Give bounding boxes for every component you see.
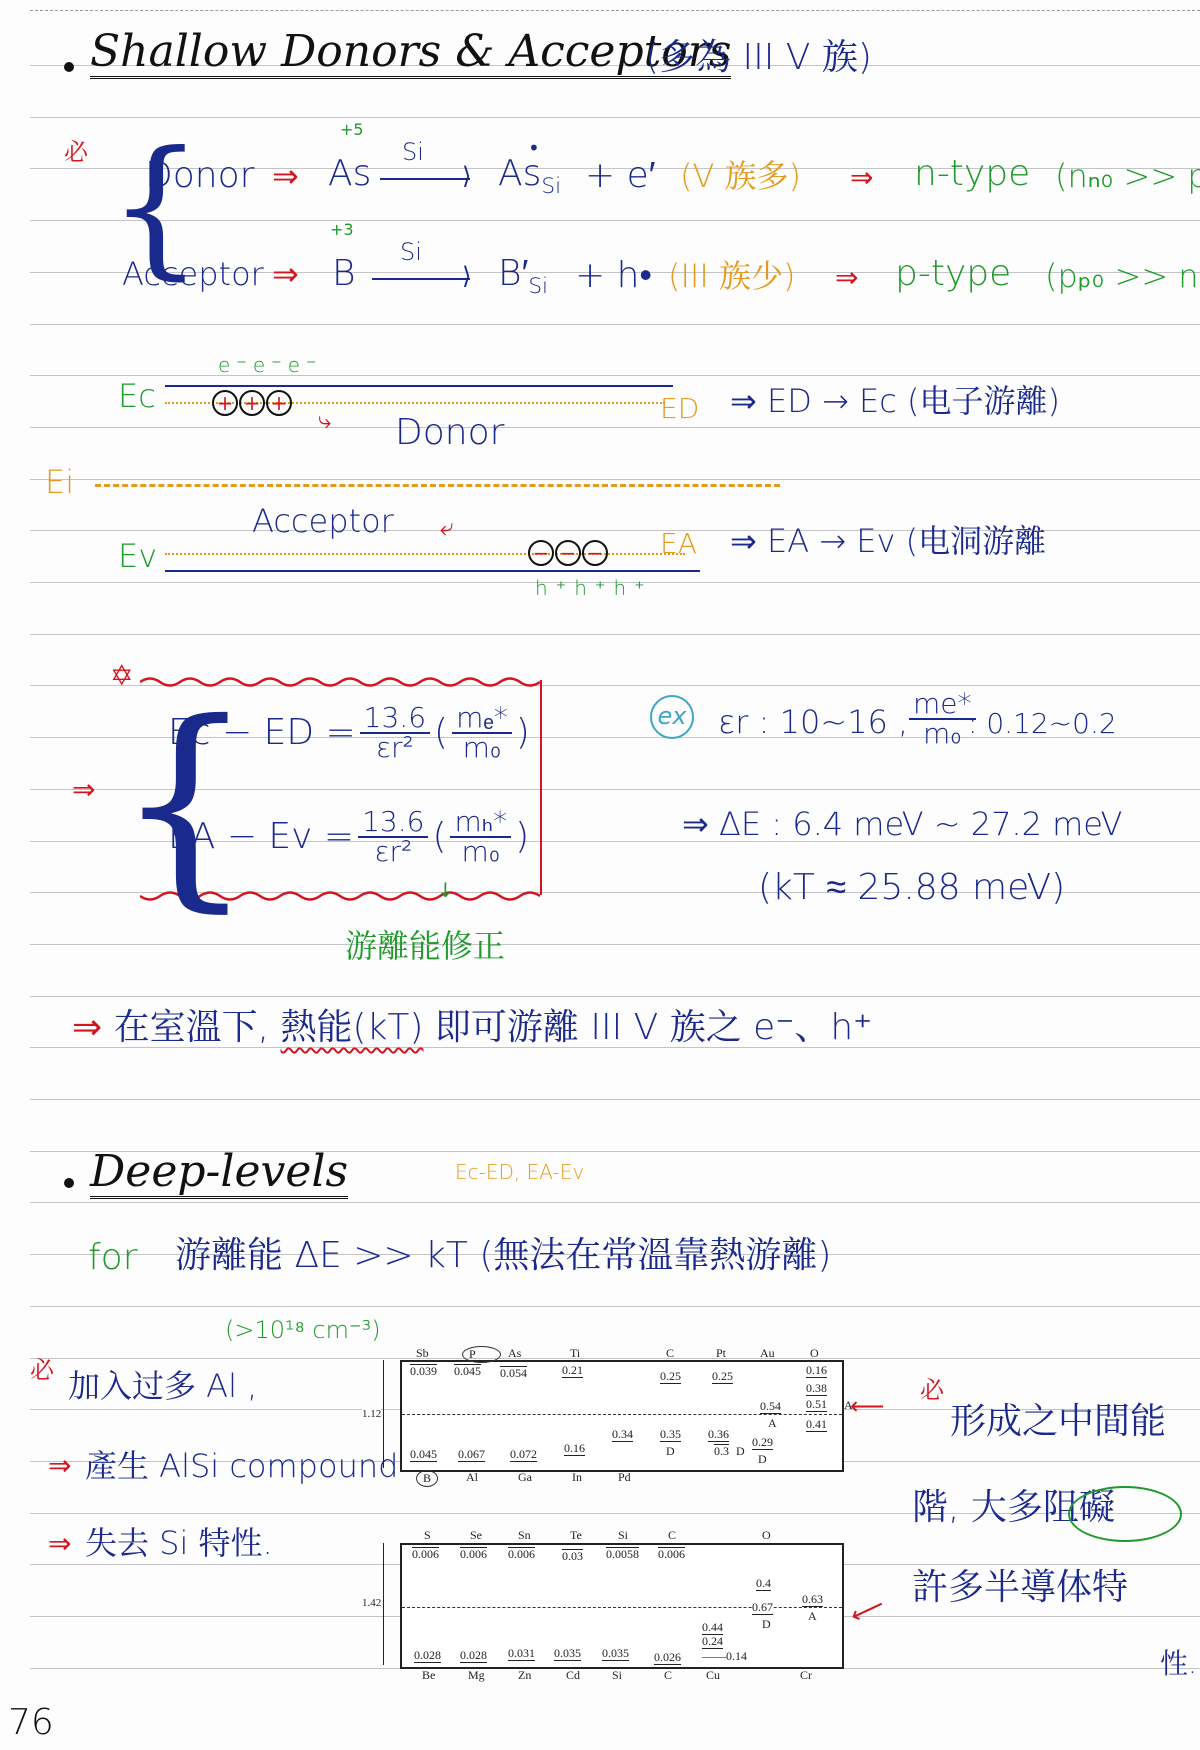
element-label: C — [664, 1668, 672, 1683]
implies-arrow: ⇒ — [72, 1007, 102, 1048]
ruled-line — [30, 1202, 1200, 1203]
intrinsic-level-line — [95, 484, 780, 487]
formula-lhs: Ec − ED = — [168, 715, 356, 751]
donor-electron: + e′ — [585, 158, 656, 194]
important-mark: 必 — [64, 140, 88, 164]
element-label: C — [666, 1346, 674, 1361]
donor-label: Donor — [145, 158, 254, 194]
gaas-figure-box: 0.006 0.006 0.006 0.03 0.0058 0.006 0.4 … — [400, 1543, 844, 1669]
level-value: 0.026 — [654, 1651, 681, 1665]
acceptor-ions: −−− — [528, 540, 609, 566]
al-note-1: 加入过多 Al , — [68, 1370, 257, 1402]
level-value: 0.028 — [414, 1649, 441, 1663]
donor-charge: +5 — [340, 122, 364, 138]
implies-arrow: ⇒ — [48, 1452, 71, 1480]
acceptor-charge: +3 — [330, 222, 354, 238]
product-dot: • — [528, 138, 540, 158]
level-type: D — [666, 1444, 675, 1459]
level-value: 0.0058 — [606, 1547, 639, 1561]
ruled-line — [30, 944, 1200, 945]
section-heading-shallow: Shallow Donors & Acceptors — [90, 30, 731, 79]
element-label: Pd — [618, 1470, 631, 1485]
ruled-line — [30, 220, 1200, 221]
ruled-line — [30, 1306, 1200, 1307]
level-value: 0.29 — [752, 1436, 773, 1450]
reaction-arrowhead-icon: ⟩ — [462, 164, 471, 188]
level-value: 0.054 — [500, 1366, 527, 1380]
level-value: 0.35 — [660, 1428, 681, 1442]
element-label: C — [668, 1528, 676, 1543]
kt-value: (kT ≈ 25.88 meV) — [758, 870, 1065, 906]
ruled-line — [30, 117, 1200, 118]
element-label: Si — [618, 1528, 628, 1543]
implies-arrow: ⇒ — [272, 160, 299, 192]
holes: h⁺h⁺h⁺ — [535, 578, 653, 598]
donor-product: AsSi — [498, 156, 561, 198]
level-value: 0.039 — [410, 1364, 437, 1378]
level-value: 0.24 — [702, 1635, 723, 1649]
conclusion-text: 即可游離 III V 族之 e⁻、h⁺ — [435, 1007, 872, 1048]
level-value: 0.16 — [564, 1442, 585, 1456]
section-heading-deep: Deep-levels — [90, 1150, 348, 1199]
fraction: mₕ*m₀ — [450, 808, 511, 866]
conduction-band-edge — [165, 385, 673, 387]
delta-e-range: ⇒ ΔE : 6.4 meV ~ 27.2 meV — [682, 808, 1122, 840]
deep-note-line-1: 形成之中間能 — [950, 1404, 1166, 1440]
element-label: P — [462, 1346, 501, 1363]
bullet-dot — [64, 1178, 74, 1188]
level-type: D — [762, 1617, 771, 1632]
ec-label: Ec — [118, 380, 156, 412]
donor-diagram-label: Donor — [395, 415, 504, 451]
formula-lhs: EA − Ev = — [168, 819, 354, 855]
acceptor-ion: − — [528, 540, 554, 566]
group-note: (III 族少) — [668, 260, 795, 292]
deep-annotation: Ec-ED, EA-Ev — [455, 1162, 584, 1182]
ev-label: Ev — [118, 540, 157, 572]
acceptor-atom: B — [332, 256, 356, 292]
deep-note-line-4: 性. — [1160, 1650, 1197, 1678]
element-label: B — [416, 1470, 438, 1487]
bandgap-value: 1.12 — [362, 1408, 381, 1420]
fraction: 13.6εr² — [358, 808, 428, 866]
level-value: 0.3 — [714, 1444, 729, 1458]
left-arrow-icon: ⟵ — [850, 1394, 884, 1418]
n-type-label: n-type — [914, 156, 1030, 192]
electrons: e⁻e⁻e⁻ — [218, 355, 323, 375]
element-label: In — [572, 1470, 582, 1485]
al-note-3: 失去 Si 特性. — [85, 1527, 273, 1559]
ei-label: Ei — [45, 466, 74, 498]
result-arrow: ⇒ — [850, 164, 873, 192]
element-label: Si — [612, 1668, 622, 1683]
deep-note-line-3: 許多半導体特 — [912, 1570, 1128, 1606]
conclusion-text: 在室溫下, — [114, 1007, 269, 1048]
reaction-arrowhead-icon: ⟩ — [462, 264, 471, 288]
level-value: 0.045 — [454, 1364, 481, 1378]
level-value: 0.067 — [458, 1448, 485, 1462]
donor-atom: As — [328, 156, 371, 192]
level-value: 0.54 — [760, 1400, 781, 1414]
acceptor-ion: − — [582, 540, 608, 566]
example-badge: ex — [650, 695, 694, 739]
level-value: 0.035 — [602, 1647, 629, 1661]
host-label: Si — [402, 140, 424, 164]
donor-transition: ⇒ ED → Ec (电子游離) — [730, 385, 1060, 417]
level-value: 0.4 — [756, 1577, 771, 1591]
implies-arrow: ⇒ — [72, 776, 95, 804]
box-right-edge — [540, 680, 542, 895]
p-type-label: p-type — [895, 256, 1011, 292]
conclusion-emphasis: 熱能(kT) — [281, 1007, 424, 1048]
level-value: 0.67 — [752, 1601, 773, 1615]
formula-acceptor: EA − Ev = 13.6εr² ( mₕ*m₀ ) — [168, 808, 529, 866]
element-label: Sn — [518, 1528, 531, 1543]
level-value: 0.63 — [802, 1593, 823, 1607]
acceptor-diagram-label: Acceptor — [252, 505, 394, 537]
level-value: 0.028 — [460, 1649, 487, 1663]
mass-range: : 0.12~0.2 — [968, 710, 1117, 738]
n-type-condition: (nₙ₀ >> pₙ₀ — [1055, 160, 1200, 192]
element-label: Cu — [706, 1668, 720, 1683]
p-type-condition: (pₚ₀ >> nₚ₀ — [1045, 260, 1200, 292]
level-value: 0.072 — [510, 1448, 537, 1462]
bandgap-value: 1.42 — [362, 1597, 381, 1609]
donor-ion: + — [212, 390, 238, 416]
reaction-arrow-line — [380, 178, 470, 180]
al-note-2: 產生 AlSi compound — [85, 1450, 398, 1482]
element-label: As — [508, 1346, 521, 1361]
ruled-line — [30, 375, 1200, 376]
element-label: O — [762, 1528, 771, 1543]
level-value: 0.25 — [712, 1370, 733, 1384]
down-arrow-icon: ↓ — [437, 880, 454, 900]
level-value: 0.006 — [658, 1547, 685, 1561]
element-label: Ga — [518, 1470, 532, 1485]
group-note: (V 族多) — [680, 160, 801, 192]
curved-arrow-icon: ⤷ — [318, 408, 331, 432]
donor-ions: +++ — [212, 390, 293, 416]
element-label: Au — [760, 1346, 775, 1361]
element-label: Al — [466, 1470, 478, 1485]
curved-arrow-icon: ⤶ — [440, 515, 453, 539]
bandgap-arrow — [383, 1360, 384, 1468]
donor-ion: + — [239, 390, 265, 416]
ed-label: ED — [660, 395, 699, 423]
for-label: for — [88, 1240, 138, 1276]
level-value: 0.41 — [806, 1418, 827, 1432]
bullet-dot — [64, 62, 74, 72]
level-value: 0.21 — [562, 1364, 583, 1378]
formula-donor: Ec − ED = 13.6εr² ( mₑ*m₀ ) — [168, 704, 530, 762]
level-value: 0.03 — [562, 1549, 583, 1563]
page-number: 76 — [8, 1705, 54, 1741]
element-label: Sb — [416, 1346, 429, 1361]
acceptor-ion: − — [555, 540, 581, 566]
implies-arrow: ⇒ — [272, 258, 299, 290]
level-value: 0.006 — [460, 1547, 487, 1561]
element-label: Se — [470, 1528, 482, 1543]
level-value: 0.006 — [412, 1547, 439, 1561]
element-label: Cr — [800, 1668, 812, 1683]
concentration-note: (>10¹⁸ cm⁻³) — [225, 1318, 381, 1342]
level-value: 0.16 — [806, 1364, 827, 1378]
highlight-circle — [1068, 1486, 1182, 1542]
result-arrow: ⇒ — [835, 264, 858, 292]
element-label: Te — [570, 1528, 582, 1543]
element-label: Mg — [468, 1668, 485, 1683]
level-value: 0.34 — [612, 1428, 633, 1442]
ruled-line — [30, 427, 1200, 428]
important-mark: 必 — [30, 1358, 54, 1382]
element-label: Ti — [570, 1346, 580, 1361]
valence-band-edge — [165, 570, 700, 572]
conclusion-line: ⇒ 在室溫下, 熱能(kT) 即可游離 III V 族之 e⁻、h⁺ — [72, 1010, 872, 1046]
top-dashed-rule — [30, 10, 1200, 11]
level-value: 0.045 — [410, 1448, 437, 1462]
ruled-line — [30, 1358, 1200, 1359]
notebook-page: Shallow Donors & Acceptors (多為 III V 族) … — [0, 0, 1200, 1750]
level-value: 0.38 — [806, 1382, 827, 1396]
acceptor-hole: + h• — [575, 258, 652, 294]
left-arrow-icon: ⟵ — [847, 1592, 888, 1628]
level-value: 0.36 — [708, 1428, 729, 1442]
reaction-arrow-line — [372, 278, 470, 280]
ruled-line — [30, 996, 1200, 997]
ruled-line — [30, 634, 1200, 635]
level-type: D — [736, 1444, 745, 1459]
element-label: S — [424, 1528, 431, 1543]
ea-label: EA — [660, 530, 697, 558]
element-label: Zn — [518, 1668, 531, 1683]
acceptor-label: Acceptor — [122, 258, 264, 290]
element-label: Cd — [566, 1668, 580, 1683]
element-label: Be — [422, 1668, 435, 1683]
ruled-line — [30, 479, 1200, 480]
implies-arrow: ⇒ — [48, 1530, 71, 1558]
heading-note: (多為 III V 族) — [645, 40, 872, 76]
element-label: Pt — [716, 1346, 726, 1361]
important-mark: 必 — [920, 1378, 944, 1402]
ruled-line — [30, 324, 1200, 325]
level-type: A — [808, 1609, 817, 1624]
acceptor-transition: ⇒ EA → Ev (电洞游離 — [730, 525, 1046, 557]
acceptor-product: B′Si — [498, 256, 548, 298]
er-range: εr : 10~16 , — [718, 706, 908, 738]
donor-ion: + — [266, 390, 292, 416]
level-type: D — [758, 1452, 767, 1467]
host-label: Si — [400, 240, 422, 264]
midgap-line — [402, 1607, 842, 1608]
ruled-line — [30, 1099, 1200, 1100]
fraction: 13.6εr² — [360, 704, 430, 762]
level-value: 0.25 — [660, 1370, 681, 1384]
bandgap-arrow — [383, 1543, 384, 1665]
deep-condition: 游離能 ΔE >> kT (無法在常溫靠熱游離) — [175, 1238, 831, 1274]
level-value: 0.51 — [806, 1398, 827, 1412]
level-value: ——0.14 — [702, 1649, 747, 1664]
fraction: mₑ*m₀ — [452, 704, 512, 762]
level-type: A — [768, 1416, 777, 1431]
level-value: 0.035 — [554, 1647, 581, 1661]
correction-note: 游離能修正 — [345, 930, 505, 962]
element-label: O — [810, 1346, 819, 1361]
level-value: 0.006 — [508, 1547, 535, 1561]
level-value: 0.031 — [508, 1647, 535, 1661]
si-figure-box: 0.039 0.045 0.054 0.21 0.25 0.25 0.16 0.… — [400, 1360, 844, 1472]
